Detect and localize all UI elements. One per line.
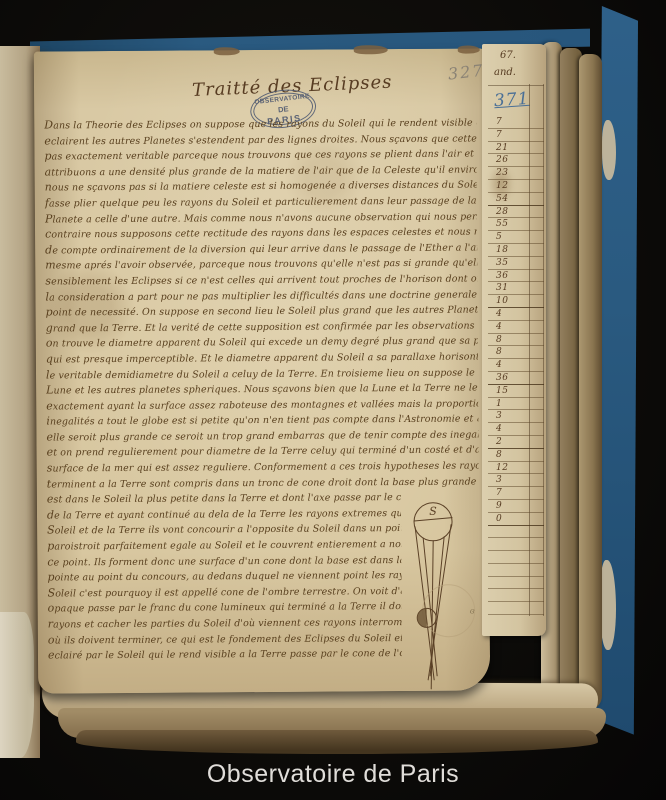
margin-number-cell: 9 — [488, 500, 544, 513]
margin-number-cell — [488, 526, 544, 539]
page-edge-stack-bottom — [76, 730, 598, 754]
margin-number-cell: 55 — [488, 218, 544, 231]
margin-number-cell: 36 — [488, 270, 544, 283]
margin-number-cell: 12 — [488, 180, 544, 193]
margin-number-cell: 8 — [488, 346, 544, 359]
margin-number-cell — [488, 602, 544, 615]
margin-number-cell: 8 — [488, 334, 544, 347]
margin-number-cell: 15 — [488, 385, 544, 398]
margin-number-cell: 12 — [488, 462, 544, 475]
margin-number-cell: 36 — [488, 372, 544, 385]
margin-number-cell: 0 — [488, 513, 544, 526]
page-edge-stack-right — [579, 54, 602, 710]
sun-diameter-line — [414, 518, 452, 521]
margin-number-cell: 28 — [488, 206, 544, 219]
margin-number-cell: 7 — [488, 116, 544, 129]
pencil-page-number: 327 — [447, 61, 485, 84]
margin-number-cell: 35 — [488, 257, 544, 270]
margin-number-cell: 4 — [488, 308, 544, 321]
margin-number-cell: 2 — [488, 436, 544, 449]
tab-header-line2: and. — [494, 67, 516, 78]
tab-rule — [488, 85, 544, 86]
margin-number-cell: 3 — [488, 410, 544, 423]
margin-number-cell: 23 — [488, 167, 544, 180]
margin-number-cell: 1 — [488, 398, 544, 411]
margin-number-cell: 21 — [488, 142, 544, 155]
margin-number-cell: 5 — [488, 231, 544, 244]
torn-top-edge — [354, 45, 388, 54]
margin-number-cell: 4 — [488, 321, 544, 334]
margin-number-cell — [488, 577, 544, 590]
photo-stage: Traitté des Eclipses 327 OBSERVATOIRE DE… — [0, 0, 666, 800]
torn-top-edge — [458, 45, 480, 53]
manuscript-line: terminent a la Terre sont compris dans u… — [47, 473, 479, 492]
blue-crayon-page-number: 371 — [493, 89, 530, 111]
margin-number-cell: 26 — [488, 154, 544, 167]
margin-number-cell: 7 — [488, 129, 544, 142]
margin-number-cell — [488, 564, 544, 577]
tab-header-line1: 67. — [500, 50, 516, 61]
manuscript-page: Traitté des Eclipses 327 OBSERVATOIRE DE… — [34, 48, 490, 693]
margin-number-cell: 31 — [488, 282, 544, 295]
margin-number-grid: 7721262312542855518353631104488436151342… — [488, 116, 544, 615]
photo-caption: Observatoire de Paris — [0, 760, 666, 789]
margin-number-cell: 7 — [488, 487, 544, 500]
sun-label: S — [429, 505, 437, 518]
margin-number-tab: 67. and. 371 772126231254285551835363110… — [482, 44, 546, 636]
marginal-squiggle: ɞ — [469, 607, 475, 616]
margin-number-cell: 10 — [488, 295, 544, 308]
earth-shaded-half — [417, 608, 427, 627]
margin-number-cell: 3 — [488, 474, 544, 487]
margin-number-cell: 18 — [488, 244, 544, 257]
facing-page-curl — [0, 612, 34, 758]
margin-number-cell — [488, 589, 544, 602]
manuscript-line: eclairé par le Soleil qui le rend visibl… — [48, 645, 402, 663]
margin-number-cell — [488, 538, 544, 551]
margin-number-cell: 8 — [488, 449, 544, 462]
margin-number-cell: 4 — [488, 359, 544, 372]
margin-number-cell: 54 — [488, 193, 544, 206]
torn-top-edge — [214, 47, 240, 55]
margin-number-cell — [488, 551, 544, 564]
margin-number-cell: 4 — [488, 423, 544, 436]
